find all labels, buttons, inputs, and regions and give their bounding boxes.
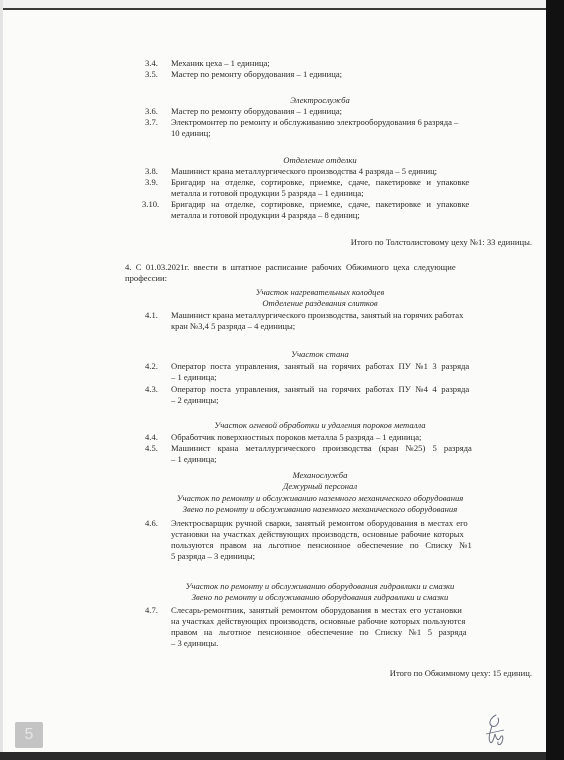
item-text: металла и готовой продукции 4 разряда – … [171, 210, 360, 220]
section-heading: Участок стана [100, 349, 540, 359]
item-text: – 2 единицы; [171, 395, 219, 405]
item-number: 3.6. [145, 106, 158, 116]
subsection-heading: Звено по ремонту и обслуживанию наземног… [100, 504, 540, 514]
item-text: Машинист крана металлургического произво… [171, 166, 437, 176]
paragraph: 4. С 01.03.2021г. ввести в штатное распи… [125, 262, 456, 272]
item-number: 4.3. [145, 384, 158, 394]
item-text: Обработчик поверхностных пороков металла… [171, 432, 421, 442]
signature-icon [480, 712, 510, 748]
item-text: Электросварщик ручной сварки, занятый ре… [171, 518, 468, 528]
item-text: Бригадир на отделке, сортировке, приемке… [171, 177, 469, 187]
item-text: 10 единиц; [171, 128, 211, 138]
section-heading: Участок нагревательных колодцев [100, 287, 540, 297]
subsection-heading: Дежурный персонал [100, 481, 540, 491]
subsection-heading: Участок по ремонту и обслуживанию наземн… [100, 493, 540, 503]
total-line: Итого по Обжимному цеху: 15 единиц. [390, 668, 532, 678]
bottom-divider [0, 752, 546, 760]
list-item: 3.4. [145, 58, 158, 68]
item-number: 4.5. [145, 443, 158, 453]
item-text: установки на участках действующих произв… [171, 529, 464, 539]
page-number-badge: 5 [15, 722, 43, 748]
item-number: 3.10. [142, 199, 159, 209]
item-text: Электромонтер по ремонту и обслуживанию … [171, 117, 458, 127]
item-text: Бригадир на отделке, сортировке, приемке… [171, 199, 469, 209]
subsection-heading: Отделение раздевания слитков [100, 298, 540, 308]
item-text: пользуются правом на льготное пенсионное… [171, 540, 472, 550]
item-text: Мастер по ремонту оборудования – 1 едини… [171, 106, 342, 116]
item-number: 4.6. [145, 518, 158, 528]
item-number: 3.8. [145, 166, 158, 176]
item-text: – 1 единица; [171, 372, 217, 382]
item-text: Мастер по ремонту оборудования – 1 едини… [171, 69, 342, 79]
item-text: – 1 единица; [171, 454, 217, 464]
item-text: Оператор поста управления, занятый на го… [171, 384, 469, 394]
item-text: кран №3,4 5 разряда – 4 единицы; [171, 321, 295, 331]
item-text: металла и готовой продукции 5 разряда – … [171, 188, 364, 198]
item-number: 4.4. [145, 432, 158, 442]
item-text: правом на льготное пенсионное обеспечени… [171, 627, 467, 637]
item-number: 4.1. [145, 310, 158, 320]
section-heading: Электрослужба [100, 95, 540, 105]
document-content: 3.4. Механик цеха – 1 единица; 3.5. Маст… [0, 0, 546, 760]
item-number: 3.9. [145, 177, 158, 187]
item-number: 4.7. [145, 605, 158, 615]
item-number: 3.7. [145, 117, 158, 127]
item-text: на участках действующих производств, осн… [171, 616, 465, 626]
paragraph: профессии: [125, 273, 167, 283]
section-heading: Механослужба [100, 470, 540, 480]
subsection-heading: Звено по ремонту и обслуживанию оборудов… [100, 592, 540, 602]
item-number: 4.2. [145, 361, 158, 371]
item-text: Машинист крана металлургического произво… [171, 310, 463, 320]
item-text: – 3 единицы. [171, 638, 218, 648]
item-text: 5 разряда – 3 единицы; [171, 551, 255, 561]
item-text: Механик цеха – 1 единица; [171, 58, 270, 68]
section-heading: Участок огневой обработки и удаления пор… [100, 420, 540, 430]
item-number: 3.4. [145, 58, 158, 68]
section-heading: Участок по ремонту и обслуживанию оборуд… [100, 581, 540, 591]
item-text: Слесарь-ремонтник, занятый ремонтом обор… [171, 605, 462, 615]
total-line: Итого по Толстолистовому цеху №1: 33 еди… [351, 237, 532, 247]
item-number: 3.5. [145, 69, 158, 79]
item-text: Оператор поста управления, занятый на го… [171, 361, 469, 371]
section-heading: Отделение отделки [100, 155, 540, 165]
item-text: Машинист крана металлургического произво… [171, 443, 472, 453]
document-page: 3.4. Механик цеха – 1 единица; 3.5. Маст… [0, 0, 546, 760]
